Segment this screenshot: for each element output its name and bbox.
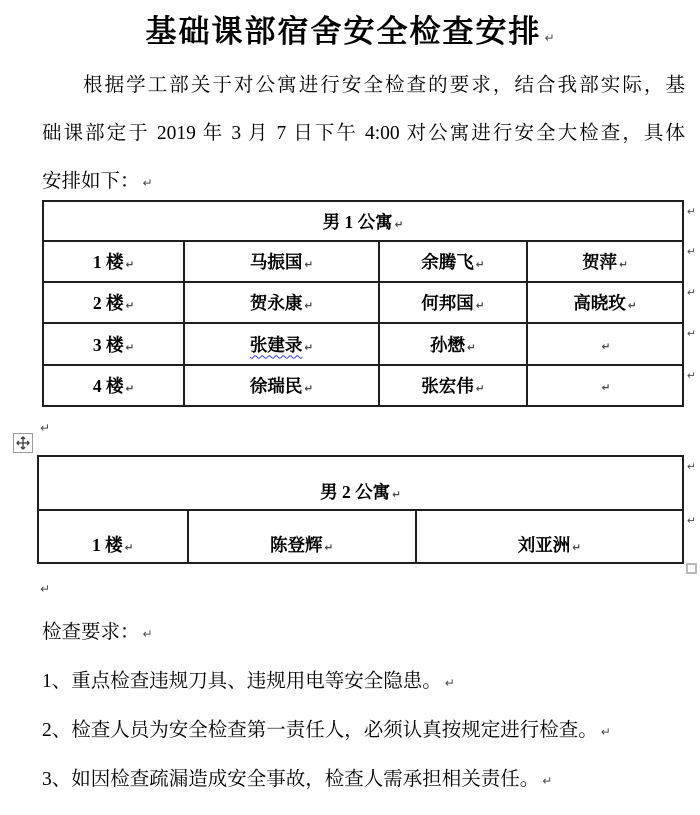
document-title-text: 基础课部宿舍安全检查安排: [145, 14, 541, 49]
document-page: 基础课部宿舍安全检查安排↵ 根据学工部关于对公寓进行安全检查的要求，结合我部实际…: [0, 0, 700, 815]
table-row: 3 楼↵ 张建录↵ 孙懋↵ ↵ ↵: [43, 323, 699, 365]
end-of-cell-mark: ↵: [125, 342, 134, 354]
move-cross-icon: [16, 436, 30, 450]
intro-paragraph: 根据学工部关于对公寓进行安全检查的要求，结合我部实际，基 础课部定于 2019 …: [42, 62, 685, 206]
end-of-cell-mark: ↵: [476, 259, 485, 271]
requirement-item-3-text: 3、如因检查疏漏造成安全事故，检查人需承担相关责任。: [42, 769, 539, 790]
table-row: 1 楼↵ 马振国↵ 余腾飞↵ 贺萍↵ ↵: [43, 241, 699, 282]
end-of-cell-mark: ↵: [628, 300, 637, 312]
end-of-cell-mark: ↵: [304, 383, 313, 395]
paragraph-mark: ↵: [143, 176, 153, 190]
end-of-row-mark: ↵: [683, 456, 699, 510]
table1-r3-name1-cell[interactable]: 张建录↵: [184, 323, 379, 365]
end-of-cell-mark: ↵: [125, 300, 134, 312]
table1-r1-name1-cell[interactable]: 马振国↵: [184, 241, 379, 282]
table1-header-text: 男 1 公寓: [323, 212, 393, 232]
end-of-cell-mark: ↵: [395, 219, 404, 231]
table1-r2-floor-cell[interactable]: 2 楼↵: [43, 282, 184, 323]
paragraph-mark: ↵: [40, 421, 50, 435]
paragraph-mark: ↵: [542, 774, 552, 788]
table1-r4-name1-cell[interactable]: 徐瑞民↵: [184, 365, 379, 406]
table2-r1-name1-cell[interactable]: 陈登辉↵: [188, 510, 416, 563]
requirement-item-1[interactable]: 1、重点检查违规刀具、违规用电等安全隐患。↵: [42, 666, 455, 698]
end-of-row-mark: ↵: [683, 323, 699, 365]
end-of-cell-mark: ↵: [392, 489, 401, 501]
end-of-cell-mark: ↵: [304, 342, 313, 354]
table-row: 男 1 公寓↵ ↵: [43, 201, 699, 241]
paragraph-mark: ↵: [143, 627, 153, 641]
requirement-item-1-text: 1、重点检查违规刀具、违规用电等安全隐患。: [42, 671, 442, 692]
end-of-cell-mark: ↵: [476, 383, 485, 395]
end-of-row-mark: ↵: [683, 241, 699, 282]
end-of-cell-mark: ↵: [602, 341, 611, 353]
end-of-cell-mark: ↵: [304, 259, 313, 271]
table1-r1-name2-cell[interactable]: 余腾飞↵: [379, 241, 527, 282]
paragraph-mark: ↵: [445, 676, 455, 690]
paragraph-mark: ↵: [40, 582, 50, 596]
requirement-item-2[interactable]: 2、检查人员为安全检查第一责任人，必须认真按规定进行检查。↵: [42, 715, 611, 747]
table1-r3-name2-cell[interactable]: 孙懋↵: [379, 323, 527, 365]
table2-header-cell[interactable]: 男 2 公寓↵: [38, 456, 683, 510]
end-of-row-mark: ↵: [683, 282, 699, 323]
end-of-cell-mark: ↵: [602, 382, 611, 394]
end-of-cell-mark: ↵: [619, 259, 628, 271]
end-of-cell-mark: ↵: [125, 259, 134, 271]
table-apartment-male-2: 男 2 公寓↵ ↵ 1 楼↵ 陈登辉↵ 刘亚洲↵ ↵: [37, 455, 700, 564]
table-row: 1 楼↵ 陈登辉↵ 刘亚洲↵ ↵: [38, 510, 699, 563]
table1-r4-name2-cell[interactable]: 张宏伟↵: [379, 365, 527, 406]
table-row: 男 2 公寓↵ ↵: [38, 456, 699, 510]
intro-line-2[interactable]: 础课部定于 2019 年 3 月 7 日下午 4:00 对公寓进行安全大检查，具…: [42, 110, 685, 158]
end-of-cell-mark: ↵: [476, 300, 485, 312]
end-of-cell-mark: ↵: [572, 542, 581, 554]
table-resize-handle[interactable]: [686, 563, 697, 574]
table1-header-cell[interactable]: 男 1 公寓↵: [43, 201, 683, 241]
intro-line-3-text: 安排如下：: [42, 171, 140, 192]
intro-line-3[interactable]: 安排如下：↵: [42, 158, 685, 206]
table1-r4-name3-cell[interactable]: ↵: [527, 365, 683, 406]
table-move-handle[interactable]: [13, 433, 33, 453]
end-of-cell-mark: ↵: [467, 342, 476, 354]
requirements-heading[interactable]: 检查要求：↵: [42, 617, 153, 649]
end-of-cell-mark: ↵: [304, 300, 313, 312]
spellcheck-underlined-text: 张建录: [250, 335, 303, 355]
table1-r3-floor-cell[interactable]: 3 楼↵: [43, 323, 184, 365]
table1-r2-name2-cell[interactable]: 何邦国↵: [379, 282, 527, 323]
end-of-cell-mark: ↵: [125, 383, 134, 395]
table1-r1-floor-cell[interactable]: 1 楼↵: [43, 241, 184, 282]
end-of-row-mark: ↵: [683, 201, 699, 241]
table2-r1-floor-cell[interactable]: 1 楼↵: [38, 510, 188, 563]
end-of-cell-mark: ↵: [125, 542, 134, 554]
table1-r1-name3-cell[interactable]: 贺萍↵: [527, 241, 683, 282]
end-of-row-mark: ↵: [683, 365, 699, 406]
table1-r4-floor-cell[interactable]: 4 楼↵: [43, 365, 184, 406]
document-title[interactable]: 基础课部宿舍安全检查安排↵: [0, 6, 700, 51]
table2-r1-name2-cell[interactable]: 刘亚洲↵: [416, 510, 683, 563]
table-row: 4 楼↵ 徐瑞民↵ 张宏伟↵ ↵ ↵: [43, 365, 699, 406]
requirement-item-3[interactable]: 3、如因检查疏漏造成安全事故，检查人需承担相关责任。↵: [42, 764, 552, 796]
table1-r3-name3-cell[interactable]: ↵: [527, 323, 683, 365]
table-row: 2 楼↵ 贺永康↵ 何邦国↵ 高晓玫↵ ↵: [43, 282, 699, 323]
table1-r2-name1-cell[interactable]: 贺永康↵: [184, 282, 379, 323]
paragraph-mark: ↵: [601, 725, 611, 739]
end-of-row-mark: ↵: [683, 510, 699, 563]
end-of-cell-mark: ↵: [325, 542, 334, 554]
table1-r2-name3-cell[interactable]: 高晓玫↵: [527, 282, 683, 323]
table-apartment-male-1: 男 1 公寓↵ ↵ 1 楼↵ 马振国↵ 余腾飞↵ 贺萍↵ ↵ 2 楼↵ 贺永康↵…: [42, 200, 700, 407]
requirements-heading-text: 检查要求：: [42, 622, 140, 643]
requirement-item-2-text: 2、检查人员为安全检查第一责任人，必须认真按规定进行检查。: [42, 720, 598, 741]
table2-header-text: 男 2 公寓: [320, 482, 390, 502]
intro-line-1[interactable]: 根据学工部关于对公寓进行安全检查的要求，结合我部实际，基: [42, 62, 685, 110]
paragraph-mark: ↵: [544, 31, 554, 45]
